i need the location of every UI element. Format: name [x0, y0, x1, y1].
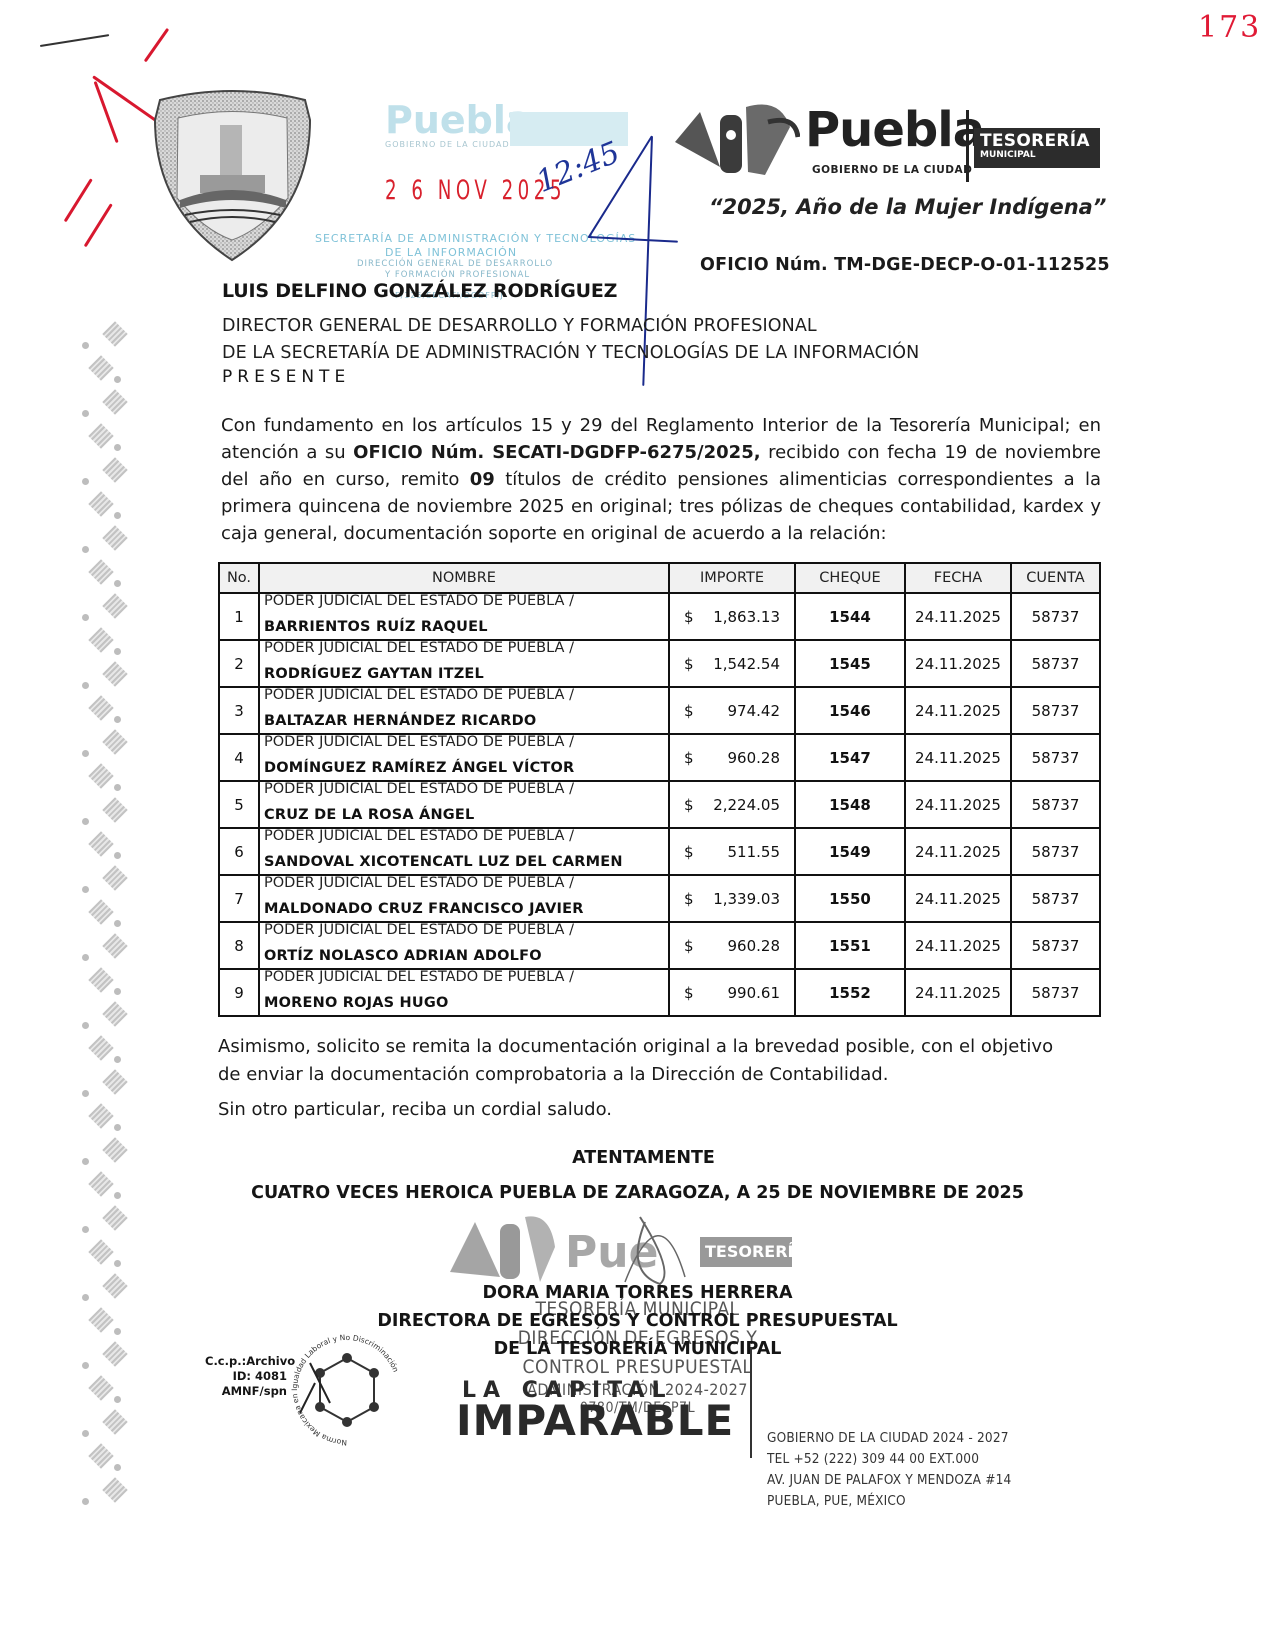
cell-beneficiary: ORTÍZ NOLASCO ADRIAN ADOLFO [260, 947, 668, 965]
cell-no: 1 [219, 593, 259, 640]
amount-value: 960.28 [728, 749, 781, 767]
cell-cuenta: 58737 [1011, 734, 1100, 781]
col-header-cuenta: CUENTA [1011, 563, 1100, 593]
border-diamond-ornament [88, 559, 113, 584]
cell-entity: PODER JUDICIAL DEL ESTADO DE PUEBLA / [260, 781, 668, 797]
cell-fecha: 24.11.2025 [905, 969, 1011, 1016]
currency-symbol: $ [684, 843, 694, 861]
border-dot-ornament [114, 1260, 121, 1267]
cell-importe: $1,863.13 [669, 593, 795, 640]
cell-fecha: 24.11.2025 [905, 828, 1011, 875]
border-dot-ornament [82, 614, 89, 621]
svg-text:Norma Mexicana en Igualdad Lab: Norma Mexicana en Igualdad Laboral y No … [290, 1333, 401, 1447]
reception-stamp-brand-sub: GOBIERNO DE LA CIUDAD [385, 140, 510, 149]
body-paragraph: Con fundamento en los artículos 15 y 29 … [221, 412, 1101, 547]
border-diamond-ornament [102, 661, 127, 686]
closing-paragraph-line1: Asimismo, solicito se remita la document… [218, 1033, 1098, 1060]
document-count: 09 [470, 469, 495, 490]
border-diamond-ornament [88, 627, 113, 652]
border-diamond-ornament [102, 457, 127, 482]
cell-entity: PODER JUDICIAL DEL ESTADO DE PUEBLA / [260, 922, 668, 938]
table-header-row: No. NOMBRE IMPORTE CHEQUE FECHA CUENTA [219, 563, 1100, 593]
addressee-title-line1: DIRECTOR GENERAL DE DESARROLLO Y FORMACI… [222, 316, 817, 336]
cell-entity: PODER JUDICIAL DEL ESTADO DE PUEBLA / [260, 593, 668, 609]
border-dot-ornament [114, 988, 121, 995]
col-header-fecha: FECHA [905, 563, 1011, 593]
cell-cheque: 1548 [795, 781, 905, 828]
border-dot-ornament [114, 852, 121, 859]
border-dot-ornament [82, 1430, 89, 1437]
border-dot-ornament [82, 1362, 89, 1369]
footer-city: PUEBLA, PUE, MÉXICO [767, 1491, 1011, 1512]
border-dot-ornament [114, 1056, 121, 1063]
puebla-city-logo-icon [670, 97, 800, 177]
border-diamond-ornament [102, 797, 127, 822]
border-dot-ornament [82, 1498, 89, 1505]
border-diamond-ornament [88, 423, 113, 448]
cell-entity: PODER JUDICIAL DEL ESTADO DE PUEBLA / [260, 640, 668, 656]
border-dot-ornament [114, 1464, 121, 1471]
cell-entity: PODER JUDICIAL DEL ESTADO DE PUEBLA / [260, 687, 668, 703]
border-dot-ornament [82, 1226, 89, 1233]
ink-stroke [40, 34, 109, 47]
cell-beneficiary: CRUZ DE LA ROSA ÁNGEL [260, 806, 668, 824]
border-dot-ornament [114, 444, 121, 451]
cell-importe: $1,339.03 [669, 875, 795, 922]
cell-beneficiary: MALDONADO CRUZ FRANCISCO JAVIER [260, 900, 668, 918]
cell-entity: PODER JUDICIAL DEL ESTADO DE PUEBLA / [260, 734, 668, 750]
amount-value: 1,339.03 [713, 890, 780, 908]
cell-beneficiary: SANDOVAL XICOTENCATL LUZ DEL CARMEN [260, 853, 668, 871]
border-diamond-ornament [88, 763, 113, 788]
border-diamond-ornament [88, 831, 113, 856]
border-dot-ornament [114, 512, 121, 519]
red-annotation-mark [144, 28, 169, 62]
border-dot-ornament [82, 1294, 89, 1301]
cell-importe: $974.42 [669, 687, 795, 734]
cell-nombre: PODER JUDICIAL DEL ESTADO DE PUEBLA /DOM… [259, 734, 669, 781]
currency-symbol: $ [684, 796, 694, 814]
table-row: 3PODER JUDICIAL DEL ESTADO DE PUEBLA /BA… [219, 687, 1100, 734]
cell-nombre: PODER JUDICIAL DEL ESTADO DE PUEBLA /MOR… [259, 969, 669, 1016]
currency-symbol: $ [684, 890, 694, 908]
cell-no: 2 [219, 640, 259, 687]
border-dot-ornament [114, 1328, 121, 1335]
cell-cheque: 1549 [795, 828, 905, 875]
border-diamond-ornament [88, 355, 113, 380]
border-diamond-ornament [88, 491, 113, 516]
currency-symbol: $ [684, 655, 694, 673]
border-diamond-ornament [102, 865, 127, 890]
cell-importe: $960.28 [669, 922, 795, 969]
ccp-block: C.c.p.:Archivo ID: 4081 AMNF/spn [205, 1354, 287, 1399]
cell-cheque: 1551 [795, 922, 905, 969]
cell-cheque: 1547 [795, 734, 905, 781]
cell-importe: $960.28 [669, 734, 795, 781]
border-diamond-ornament [102, 525, 127, 550]
city-coat-of-arms-icon [150, 80, 315, 265]
cell-no: 9 [219, 969, 259, 1016]
border-dot-ornament [82, 1022, 89, 1029]
table-row: 8PODER JUDICIAL DEL ESTADO DE PUEBLA /OR… [219, 922, 1100, 969]
border-diamond-ornament [88, 1103, 113, 1128]
red-annotation-mark [64, 178, 93, 222]
cell-cuenta: 58737 [1011, 969, 1100, 1016]
border-dot-ornament [82, 818, 89, 825]
border-dot-ornament [114, 580, 121, 587]
reception-stamp-line: DE LA INFORMACIÓN [385, 246, 517, 259]
cell-nombre: PODER JUDICIAL DEL ESTADO DE PUEBLA /CRU… [259, 781, 669, 828]
table-row: 9PODER JUDICIAL DEL ESTADO DE PUEBLA /MO… [219, 969, 1100, 1016]
border-diamond-ornament [102, 1001, 127, 1026]
border-dot-ornament [82, 1158, 89, 1165]
border-dot-ornament [114, 376, 121, 383]
slogan-line2: IMPARABLE [456, 1396, 734, 1445]
farewell-line: Sin otro particular, reciba un cordial s… [218, 1096, 1098, 1123]
cell-nombre: PODER JUDICIAL DEL ESTADO DE PUEBLA /BAL… [259, 687, 669, 734]
col-header-importe: IMPORTE [669, 563, 795, 593]
cell-cuenta: 58737 [1011, 593, 1100, 640]
addressee-name: LUIS DELFINO GONZÁLEZ RODRÍGUEZ [222, 280, 617, 302]
cell-entity: PODER JUDICIAL DEL ESTADO DE PUEBLA / [260, 969, 668, 985]
signature-stamp-line: CONTROL PRESUPUESTAL [0, 1356, 1275, 1378]
amount-value: 1,863.13 [713, 608, 780, 626]
amount-value: 960.28 [728, 937, 781, 955]
cell-no: 6 [219, 828, 259, 875]
amount-value: 990.61 [728, 984, 781, 1002]
amount-value: 511.55 [728, 843, 781, 861]
border-dot-ornament [114, 920, 121, 927]
table-row: 2PODER JUDICIAL DEL ESTADO DE PUEBLA /RO… [219, 640, 1100, 687]
tesoreria-stamp-logo-icon: Pue TESORERÍA [445, 1212, 795, 1287]
border-diamond-ornament [102, 1069, 127, 1094]
cell-entity: PODER JUDICIAL DEL ESTADO DE PUEBLA / [260, 875, 668, 891]
col-header-nombre: NOMBRE [259, 563, 669, 593]
closing-paragraph-line2: de enviar la documentación comprobatoria… [218, 1061, 1098, 1088]
cell-fecha: 24.11.2025 [905, 875, 1011, 922]
cell-cheque: 1552 [795, 969, 905, 1016]
cell-no: 5 [219, 781, 259, 828]
cheques-relation-table: No. NOMBRE IMPORTE CHEQUE FECHA CUENTA 1… [218, 562, 1101, 1017]
cell-cuenta: 58737 [1011, 875, 1100, 922]
footer-divider [750, 1348, 752, 1458]
svg-text:Pue: Pue [565, 1227, 658, 1278]
border-dot-ornament [114, 1396, 121, 1403]
cell-cheque: 1550 [795, 875, 905, 922]
reception-stamp-line: Y FORMACIÓN PROFESIONAL [385, 270, 530, 280]
border-diamond-ornament [88, 899, 113, 924]
border-dot-ornament [82, 478, 89, 485]
border-dot-ornament [82, 750, 89, 757]
cell-cheque: 1545 [795, 640, 905, 687]
cell-importe: $2,224.05 [669, 781, 795, 828]
border-dot-ornament [82, 410, 89, 417]
ccp-line3: AMNF/spn [205, 1384, 287, 1399]
tesoreria-badge-line1: TESORERÍA [980, 132, 1094, 150]
border-diamond-ornament [88, 695, 113, 720]
referenced-oficio: OFICIO Núm. SECATI-DGDFP-6275/2025, [353, 442, 760, 463]
table-row: 1PODER JUDICIAL DEL ESTADO DE PUEBLA /BA… [219, 593, 1100, 640]
cell-no: 3 [219, 687, 259, 734]
oficio-number: OFICIO Núm. TM-DGE-DECP-O-01-112525 [700, 255, 1110, 275]
border-diamond-ornament [88, 967, 113, 992]
cell-cuenta: 58737 [1011, 828, 1100, 875]
border-diamond-ornament [102, 593, 127, 618]
cell-importe: $511.55 [669, 828, 795, 875]
border-diamond-ornament [102, 729, 127, 754]
page-number-mark: 173 [1198, 10, 1261, 45]
amount-value: 2,224.05 [713, 796, 780, 814]
atentamente-label: ATENTAMENTE [0, 1148, 1275, 1168]
cell-cuenta: 58737 [1011, 687, 1100, 734]
cell-nombre: PODER JUDICIAL DEL ESTADO DE PUEBLA /MAL… [259, 875, 669, 922]
cell-fecha: 24.11.2025 [905, 640, 1011, 687]
presente-label: PRESENTE [222, 367, 350, 387]
border-diamond-ornament [88, 1443, 113, 1468]
cell-nombre: PODER JUDICIAL DEL ESTADO DE PUEBLA /ORT… [259, 922, 669, 969]
cell-importe: $1,542.54 [669, 640, 795, 687]
header-brand-sub: GOBIERNO DE LA CIUDAD [812, 164, 972, 176]
border-diamond-ornament [102, 321, 127, 346]
table-row: 7PODER JUDICIAL DEL ESTADO DE PUEBLA /MA… [219, 875, 1100, 922]
seal-text: Norma Mexicana en Igualdad Laboral y No … [290, 1333, 401, 1447]
ccp-line1: C.c.p.:Archivo [205, 1354, 287, 1369]
cell-cheque: 1544 [795, 593, 905, 640]
cell-cuenta: 58737 [1011, 922, 1100, 969]
cell-no: 7 [219, 875, 259, 922]
col-header-cheque: CHEQUE [795, 563, 905, 593]
border-diamond-ornament [102, 389, 127, 414]
year-motto: “2025, Año de la Mujer Indígena” [709, 195, 1106, 219]
border-diamond-ornament [102, 1477, 127, 1502]
equality-seal-icon: Norma Mexicana en Igualdad Laboral y No … [290, 1333, 405, 1448]
place-and-date: CUATRO VECES HEROICA PUEBLA DE ZARAGOZA,… [0, 1183, 1275, 1203]
border-dot-ornament [114, 648, 121, 655]
amount-value: 1,542.54 [713, 655, 780, 673]
currency-symbol: $ [684, 702, 694, 720]
amount-value: 974.42 [728, 702, 781, 720]
cell-importe: $990.61 [669, 969, 795, 1016]
logo-divider [966, 110, 969, 182]
cell-beneficiary: BARRIENTOS RUÍZ RAQUEL [260, 618, 668, 636]
table-row: 6PODER JUDICIAL DEL ESTADO DE PUEBLA /SA… [219, 828, 1100, 875]
cell-no: 8 [219, 922, 259, 969]
cell-no: 4 [219, 734, 259, 781]
border-dot-ornament [114, 784, 121, 791]
border-diamond-ornament [102, 933, 127, 958]
border-dot-ornament [82, 954, 89, 961]
col-header-no: No. [219, 563, 259, 593]
red-annotation-mark [84, 203, 113, 247]
cell-fecha: 24.11.2025 [905, 922, 1011, 969]
tesoreria-badge-line2: MUNICIPAL [980, 150, 1094, 161]
border-diamond-ornament [88, 1239, 113, 1264]
cell-beneficiary: MORENO ROJAS HUGO [260, 994, 668, 1012]
border-diamond-ornament [88, 1035, 113, 1060]
header-brand: Puebla [805, 102, 984, 158]
currency-symbol: $ [684, 608, 694, 626]
cell-nombre: PODER JUDICIAL DEL ESTADO DE PUEBLA /BAR… [259, 593, 669, 640]
cell-cuenta: 58737 [1011, 640, 1100, 687]
cell-nombre: PODER JUDICIAL DEL ESTADO DE PUEBLA /ROD… [259, 640, 669, 687]
cell-beneficiary: RODRÍGUEZ GAYTAN ITZEL [260, 665, 668, 683]
border-diamond-ornament [102, 1205, 127, 1230]
border-dot-ornament [82, 342, 89, 349]
border-dot-ornament [82, 546, 89, 553]
tesoreria-badge: TESORERÍA MUNICIPAL [974, 128, 1100, 168]
cell-entity: PODER JUDICIAL DEL ESTADO DE PUEBLA / [260, 828, 668, 844]
cell-beneficiary: DOMÍNGUEZ RAMÍREZ ÁNGEL VÍCTOR [260, 759, 668, 777]
border-dot-ornament [82, 886, 89, 893]
currency-symbol: $ [684, 749, 694, 767]
currency-symbol: $ [684, 937, 694, 955]
cell-cuenta: 58737 [1011, 781, 1100, 828]
footer-address: AV. JUAN DE PALAFOX Y MENDOZA #14 [767, 1470, 1011, 1491]
addressee-title-line2: DE LA SECRETARÍA DE ADMINISTRACIÓN Y TEC… [222, 343, 919, 363]
border-dot-ornament [82, 1090, 89, 1097]
border-dot-ornament [82, 682, 89, 689]
footer-contact: GOBIERNO DE LA CIUDAD 2024 - 2027 TEL +5… [767, 1428, 1011, 1512]
ccp-line2: ID: 4081 [205, 1369, 287, 1384]
cell-cheque: 1546 [795, 687, 905, 734]
cell-beneficiary: BALTAZAR HERNÁNDEZ RICARDO [260, 712, 668, 730]
cell-fecha: 24.11.2025 [905, 687, 1011, 734]
table-row: 4PODER JUDICIAL DEL ESTADO DE PUEBLA /DO… [219, 734, 1100, 781]
footer-phone: TEL +52 (222) 309 44 00 EXT.000 [767, 1449, 1011, 1470]
border-dot-ornament [114, 1124, 121, 1131]
svg-text:TESORERÍA: TESORERÍA [705, 1242, 795, 1261]
cell-fecha: 24.11.2025 [905, 734, 1011, 781]
table-row: 5PODER JUDICIAL DEL ESTADO DE PUEBLA /CR… [219, 781, 1100, 828]
cell-nombre: PODER JUDICIAL DEL ESTADO DE PUEBLA /SAN… [259, 828, 669, 875]
reception-stamp-line: DIRECCIÓN GENERAL DE DESARROLLO [357, 259, 553, 269]
currency-symbol: $ [684, 984, 694, 1002]
footer-line1: GOBIERNO DE LA CIUDAD 2024 - 2027 [767, 1428, 1011, 1449]
border-dot-ornament [114, 1192, 121, 1199]
border-dot-ornament [114, 716, 121, 723]
cell-fecha: 24.11.2025 [905, 781, 1011, 828]
cell-fecha: 24.11.2025 [905, 593, 1011, 640]
